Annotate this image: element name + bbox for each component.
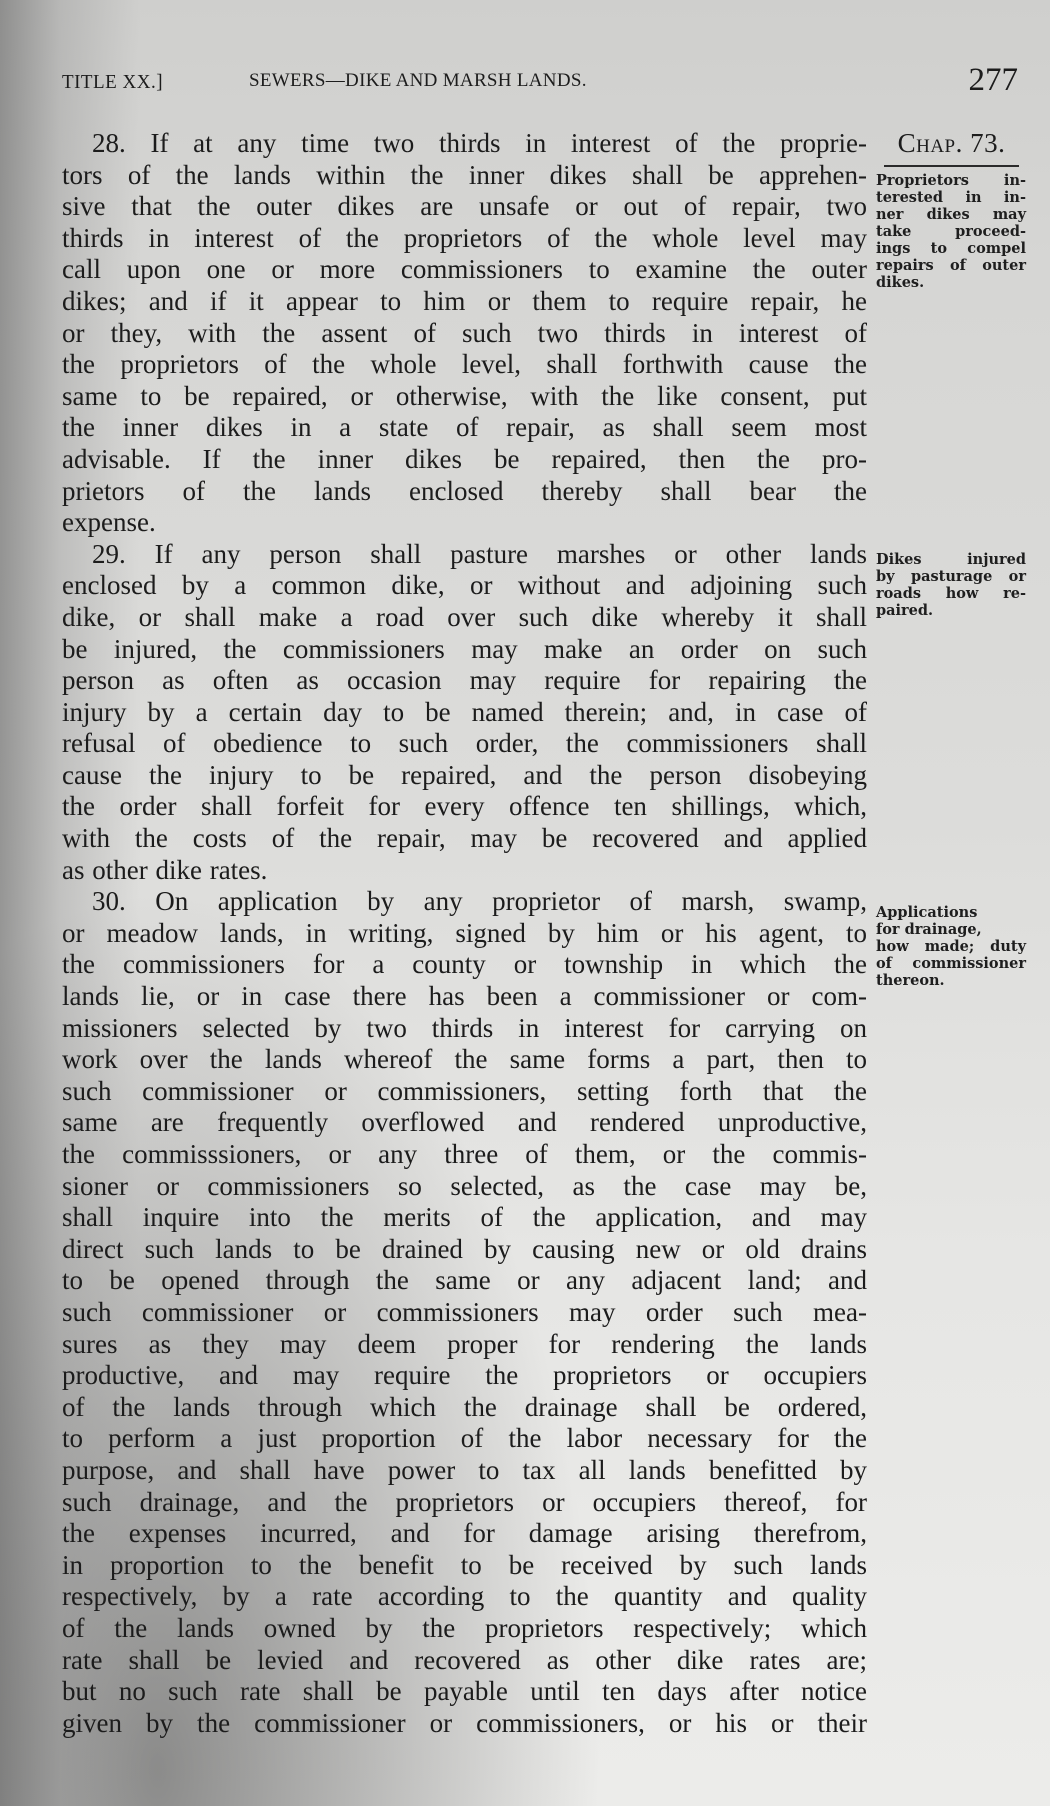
text-line: the expenses incurred, and for damage ar… (62, 1518, 867, 1550)
text-line: productive, and may require the propriet… (62, 1360, 867, 1392)
text-line: of the lands through which the drainage … (62, 1392, 867, 1424)
text-line: to perform a just proportion of the labo… (62, 1423, 867, 1455)
text-line: prietors of the lands enclosed thereby s… (62, 476, 867, 508)
text-line: be injured, the commissioners may make a… (62, 634, 867, 666)
text-line: dikes; and if it appear to him or them t… (62, 286, 867, 318)
text-line: the commissioners for a county or townsh… (62, 949, 867, 981)
margin-note-section-28: Proprietors in- terested in in- ner dike… (876, 172, 1026, 291)
text-line: respectively, by a rate according to the… (62, 1581, 867, 1613)
margin-note-line: terested in in- (876, 189, 1026, 206)
text-line: same are frequently overflowed and rende… (62, 1107, 867, 1139)
text-line: 29. If any person shall pasture marshes … (62, 539, 867, 571)
text-line: dike, or shall make a road over such dik… (62, 602, 867, 634)
text-line: the proprietors of the whole level, shal… (62, 349, 867, 381)
margin-note-line: repairs of outer (876, 257, 1026, 274)
title-reference: TITLE XX.] (62, 71, 163, 94)
text-line: injury by a certain day to be named ther… (62, 697, 867, 729)
margin-note-line: thereon. (876, 972, 1026, 989)
margin-note-line: Applications (876, 904, 1026, 921)
text-line: to be opened through the same or any adj… (62, 1265, 867, 1297)
margin-note-line: ner dikes may (876, 206, 1026, 223)
text-line: such drainage, and the proprietors or oc… (62, 1487, 867, 1519)
text-line: or they, with the assent of such two thi… (62, 318, 867, 350)
margin-note-line: Dikes injured (876, 551, 1026, 568)
text-line: rate shall be levied and recovered as ot… (62, 1645, 867, 1677)
text-line: such commissioner or commissioners may o… (62, 1297, 867, 1329)
text-line: with the costs of the repair, may be rec… (62, 823, 867, 855)
margin-note-line: roads how re- (876, 585, 1026, 602)
text-line: call upon one or more commissioners to e… (62, 254, 867, 286)
scanned-page: TITLE XX.] SEWERS—DIKE AND MARSH LANDS. … (0, 0, 1050, 1806)
margin-note-line: paired. (876, 602, 1026, 619)
body-text: 28. If at any time two thirds in interes… (62, 128, 867, 1739)
margin-note-line: for drainage, (876, 921, 1026, 938)
text-line: cause the injury to be repaired, and the… (62, 760, 867, 792)
text-line: or meadow lands, in writing, signed by h… (62, 918, 867, 950)
margin-note-line: ings to compel (876, 240, 1026, 257)
margin-note-line: take proceed- (876, 223, 1026, 240)
chapter-label: Chap. 73. (884, 128, 1019, 167)
running-header: TITLE XX.] SEWERS—DIKE AND MARSH LANDS. … (62, 62, 1022, 102)
text-line: missioners selected by two thirds in int… (62, 1013, 867, 1045)
text-line: sioner or commissioners so selected, as … (62, 1171, 867, 1203)
text-line: enclosed by a common dike, or without an… (62, 570, 867, 602)
text-line: 30. On application by any proprietor of … (62, 886, 867, 918)
text-line: direct such lands to be drained by causi… (62, 1234, 867, 1266)
margin-note-section-30: Applications for drainage, how made; dut… (876, 904, 1026, 989)
text-line: sive that the outer dikes are unsafe or … (62, 191, 867, 223)
text-line: 28. If at any time two thirds in interes… (62, 128, 867, 160)
text-line: given by the commissioner or commissione… (62, 1708, 867, 1740)
text-line: the order shall forfeit for every offenc… (62, 791, 867, 823)
text-line: thirds in interest of the proprietors of… (62, 223, 867, 255)
text-line: the inner dikes in a state of repair, as… (62, 412, 867, 444)
text-line: in proportion to the benefit to be recei… (62, 1550, 867, 1582)
running-title: SEWERS—DIKE AND MARSH LANDS. (249, 70, 587, 92)
text-line: sures as they may deem proper for render… (62, 1329, 867, 1361)
text-line: shall inquire into the merits of the app… (62, 1202, 867, 1234)
text-line: advisable. If the inner dikes be repaire… (62, 444, 867, 476)
text-line: tors of the lands within the inner dikes… (62, 160, 867, 192)
text-line: as other dike rates. (62, 855, 867, 887)
text-line: of the lands owned by the proprietors re… (62, 1613, 867, 1645)
text-line: the commisssioners, or any three of them… (62, 1139, 867, 1171)
page-number: 277 (969, 62, 1019, 99)
margin-note-line: dikes. (876, 274, 1026, 291)
text-line: such commissioner or commissioners, sett… (62, 1076, 867, 1108)
margin-note-line: Proprietors in- (876, 172, 1026, 189)
text-line: same to be repaired, or otherwise, with … (62, 381, 867, 413)
margin-note-line: how made; duty (876, 938, 1026, 955)
text-line: expense. (62, 507, 867, 539)
text-line: work over the lands whereof the same for… (62, 1044, 867, 1076)
text-line: person as often as occasion may require … (62, 665, 867, 697)
text-line: lands lie, or in case there has been a c… (62, 981, 867, 1013)
margin-note-line: of commissioner (876, 955, 1026, 972)
margin-note-line: by pasturage or (876, 568, 1026, 585)
text-line: refusal of obedience to such order, the … (62, 728, 867, 760)
margin-note-section-29: Dikes injured by pasturage or roads how … (876, 551, 1026, 619)
text-line: but no such rate shall be payable until … (62, 1676, 867, 1708)
text-line: purpose, and shall have power to tax all… (62, 1455, 867, 1487)
